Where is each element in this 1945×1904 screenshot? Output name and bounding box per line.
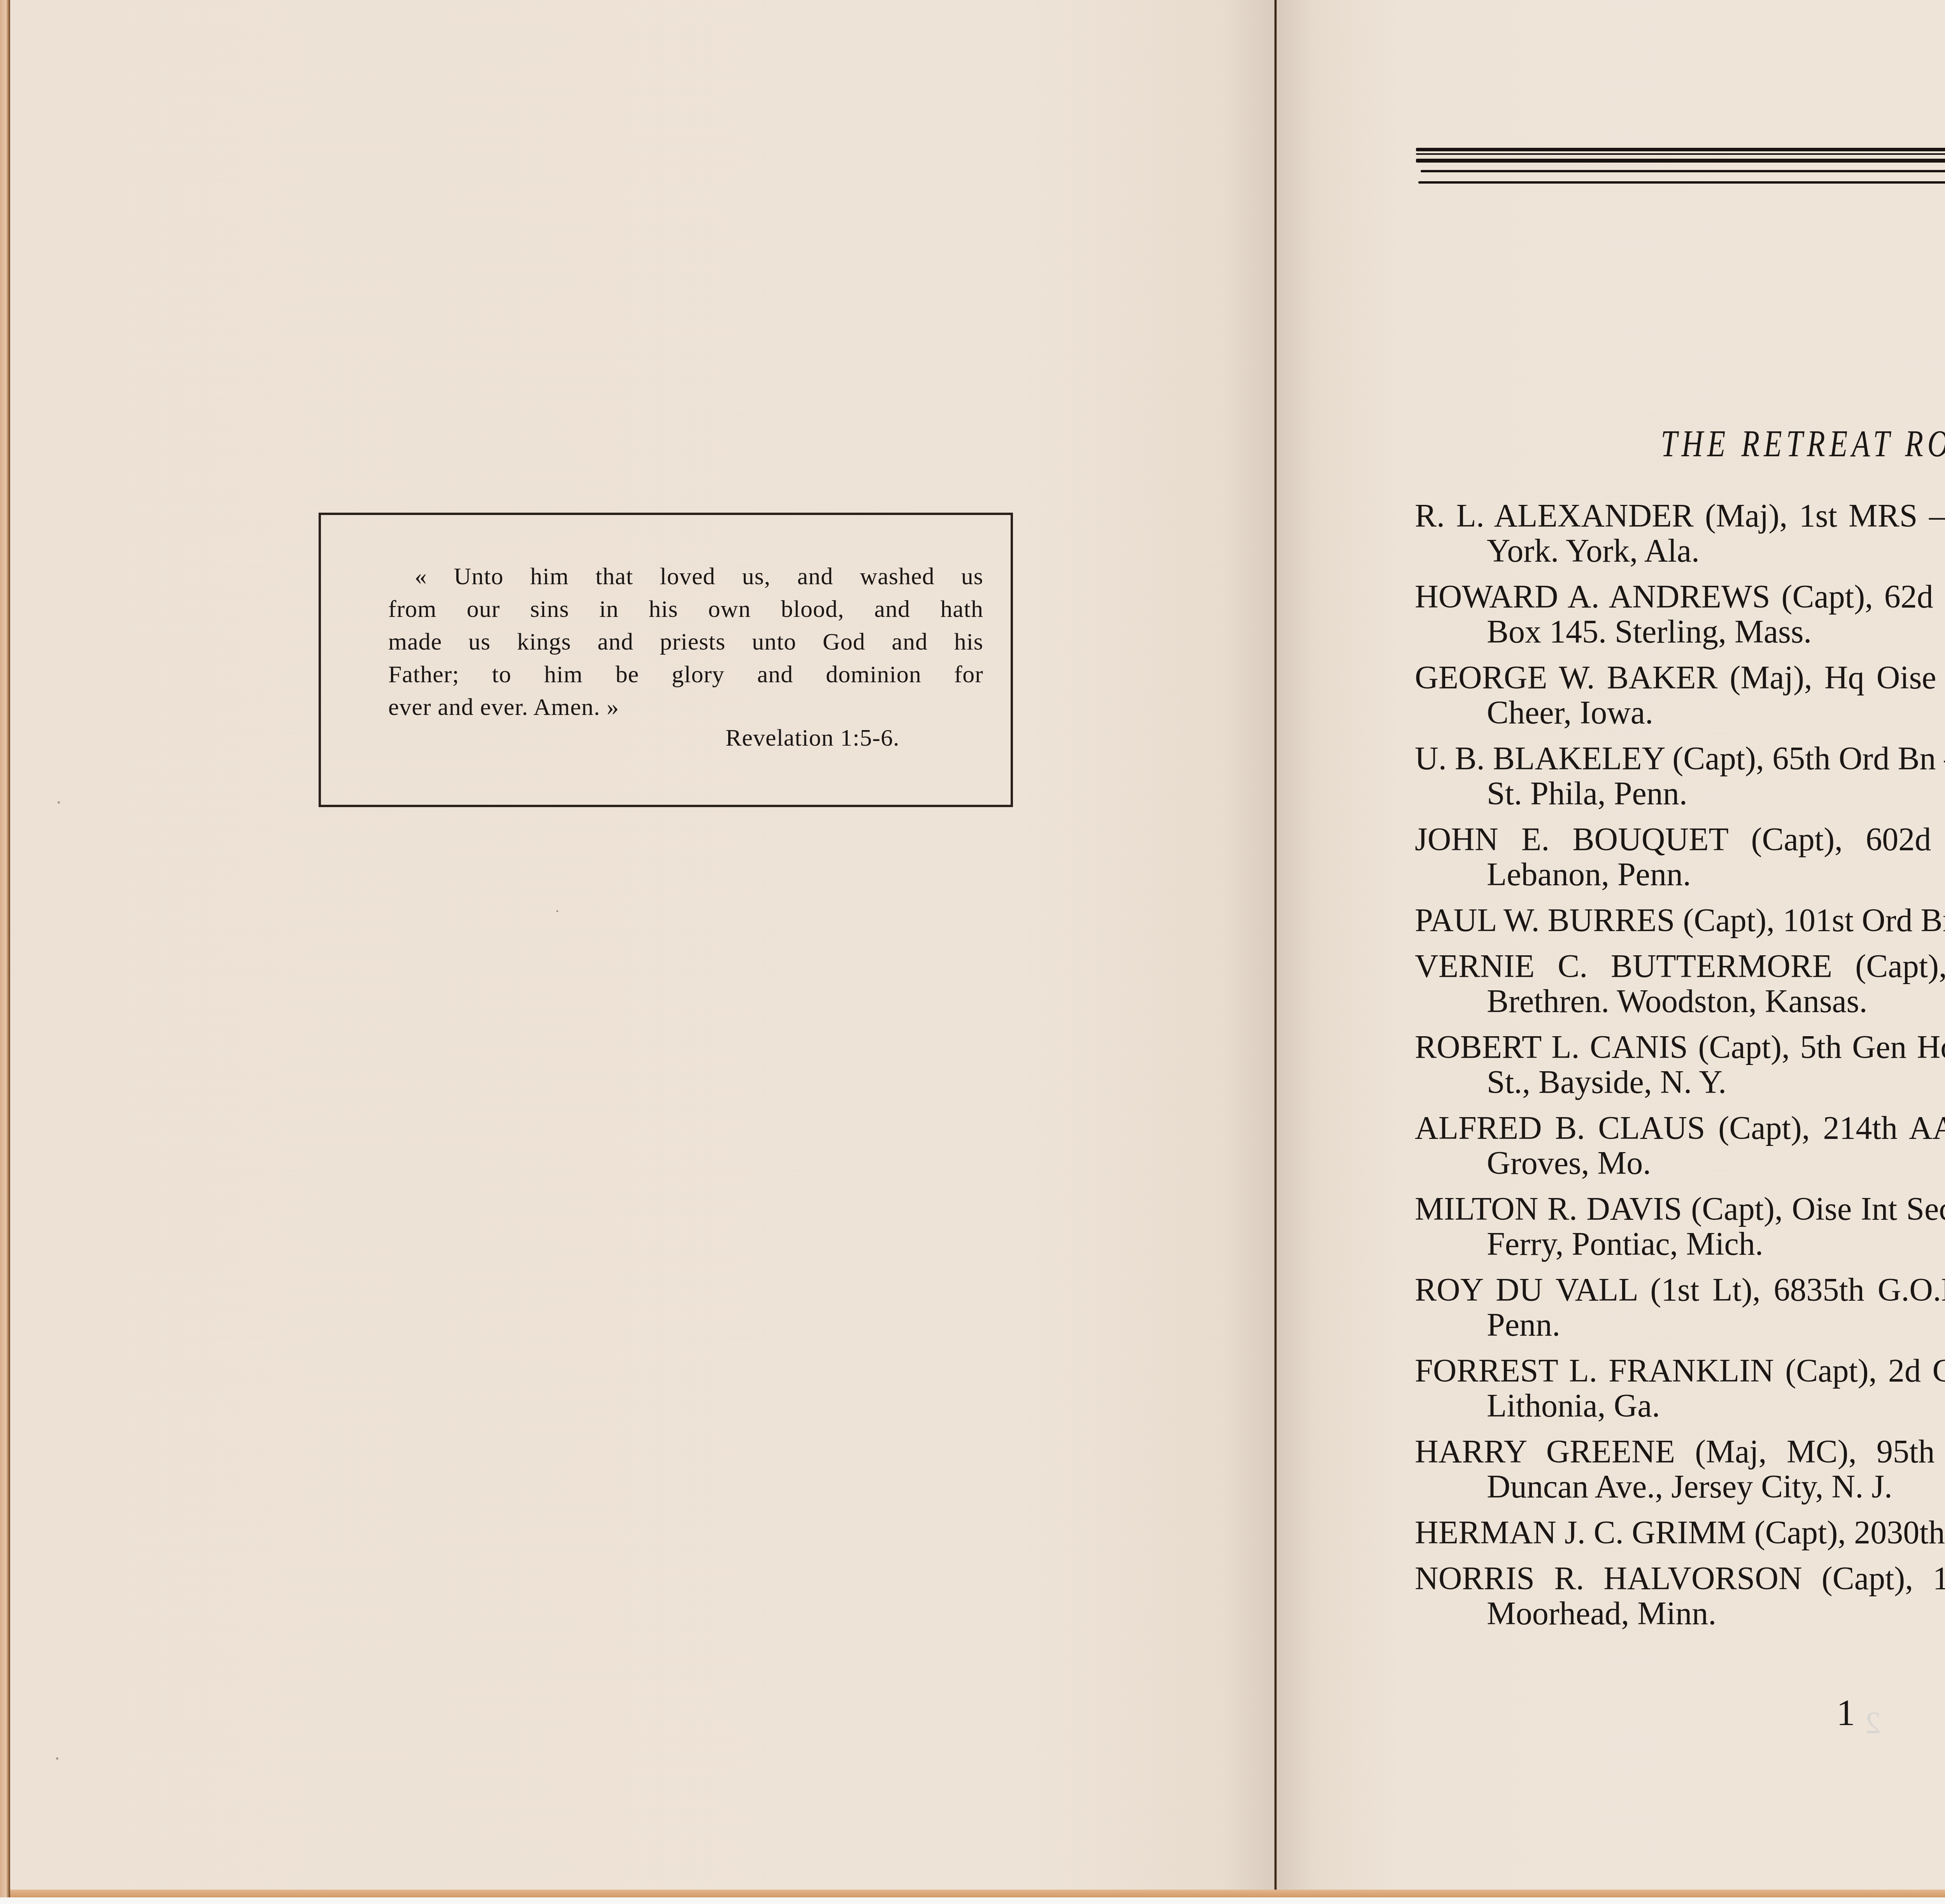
roll-call-entry: U. B. BLAKELEY (Capt), 65th Ord Bn — Pre… (1415, 741, 1945, 811)
booklet-spread: « Unto him that loved us, and washed us … (0, 0, 1945, 1897)
roll-call-entry: HERMAN J. C. GRIMM (Capt), 2030th PWE, D… (1415, 1515, 1945, 1550)
roll-call-entry: NORRIS R. HALVORSON (Capt), 187th Ord Bn… (1415, 1561, 1945, 1631)
page-title: THE RETREAT ROLL CALL (1616, 422, 1945, 466)
cover-edge-bottom (10, 1890, 1945, 1897)
page-number: 1 (1830, 1694, 1861, 1731)
header-rule (1416, 159, 1945, 163)
quote-line: Father; to him be glory and dominion for (388, 658, 983, 691)
roll-call-entry: ROY DU VALL (1st Lt), 6835th G.O.D. — Me… (1415, 1273, 1945, 1343)
cover-edge-left (0, 0, 10, 1897)
scripture-quote: « Unto him that loved us, and washed us … (388, 560, 983, 723)
quote-line: made us kings and priests unto God and h… (388, 625, 983, 658)
roll-call-entry: ROBERT L. CANIS (Capt), 5th Gen Hosp — L… (1415, 1030, 1945, 1100)
left-page (10, 0, 1275, 1890)
header-rule (1421, 170, 1945, 172)
roll-call-entry: FORREST L. FRANKLIN (Capt), 2d Gen Hosp … (1415, 1354, 1945, 1424)
quote-line: « Unto him that loved us, and washed us (388, 560, 983, 593)
quote-line: from our sins in his own blood, and hath (388, 593, 983, 625)
roll-call-list: R. L. ALEXANDER (Maj), 1st MRS — Baptist… (1415, 499, 1945, 1642)
bleed-through-page-number: 2 (1865, 1706, 1881, 1741)
roll-call-entry: ALFRED B. CLAUS (Capt), 214th AAA Bn — L… (1415, 1111, 1945, 1181)
paper-speck (56, 1757, 58, 1760)
roll-call-entry: VERNIE C. BUTTERMORE (Capt), 83rd Ord Bn… (1415, 949, 1945, 1019)
roll-call-entry: JOHN E. BOUQUET (Capt), 602d AAA Bn — Pr… (1415, 822, 1945, 892)
scripture-reference: Revelation 1:5-6. (725, 722, 951, 754)
roll-call-entry: PAUL W. BURRES (Capt), 101st Ord Bn — Me… (1415, 903, 1945, 938)
header-rule (1416, 153, 1945, 155)
roll-call-entry: HOWARD A. ANDREWS (Capt), 62d Fld Hosp —… (1415, 580, 1945, 650)
roll-call-entry: HARRY GREENE (Maj, MC), 95th Gen Hosp — … (1415, 1435, 1945, 1505)
roll-call-entry: R. L. ALEXANDER (Maj), 1st MRS — Baptist… (1415, 499, 1945, 569)
header-rule (1418, 181, 1945, 184)
roll-call-entry: MILTON R. DAVIS (Capt), Oise Int Sect — … (1415, 1192, 1945, 1262)
book-spine (1274, 0, 1277, 1890)
roll-call-entry: GEORGE W. BAKER (Maj), Hq Oise Int Sect … (1415, 660, 1945, 730)
header-rule (1416, 148, 1945, 151)
paper-speck (556, 910, 558, 912)
quote-line: ever and ever. Amen. » (388, 691, 983, 723)
paper-speck (58, 801, 60, 804)
